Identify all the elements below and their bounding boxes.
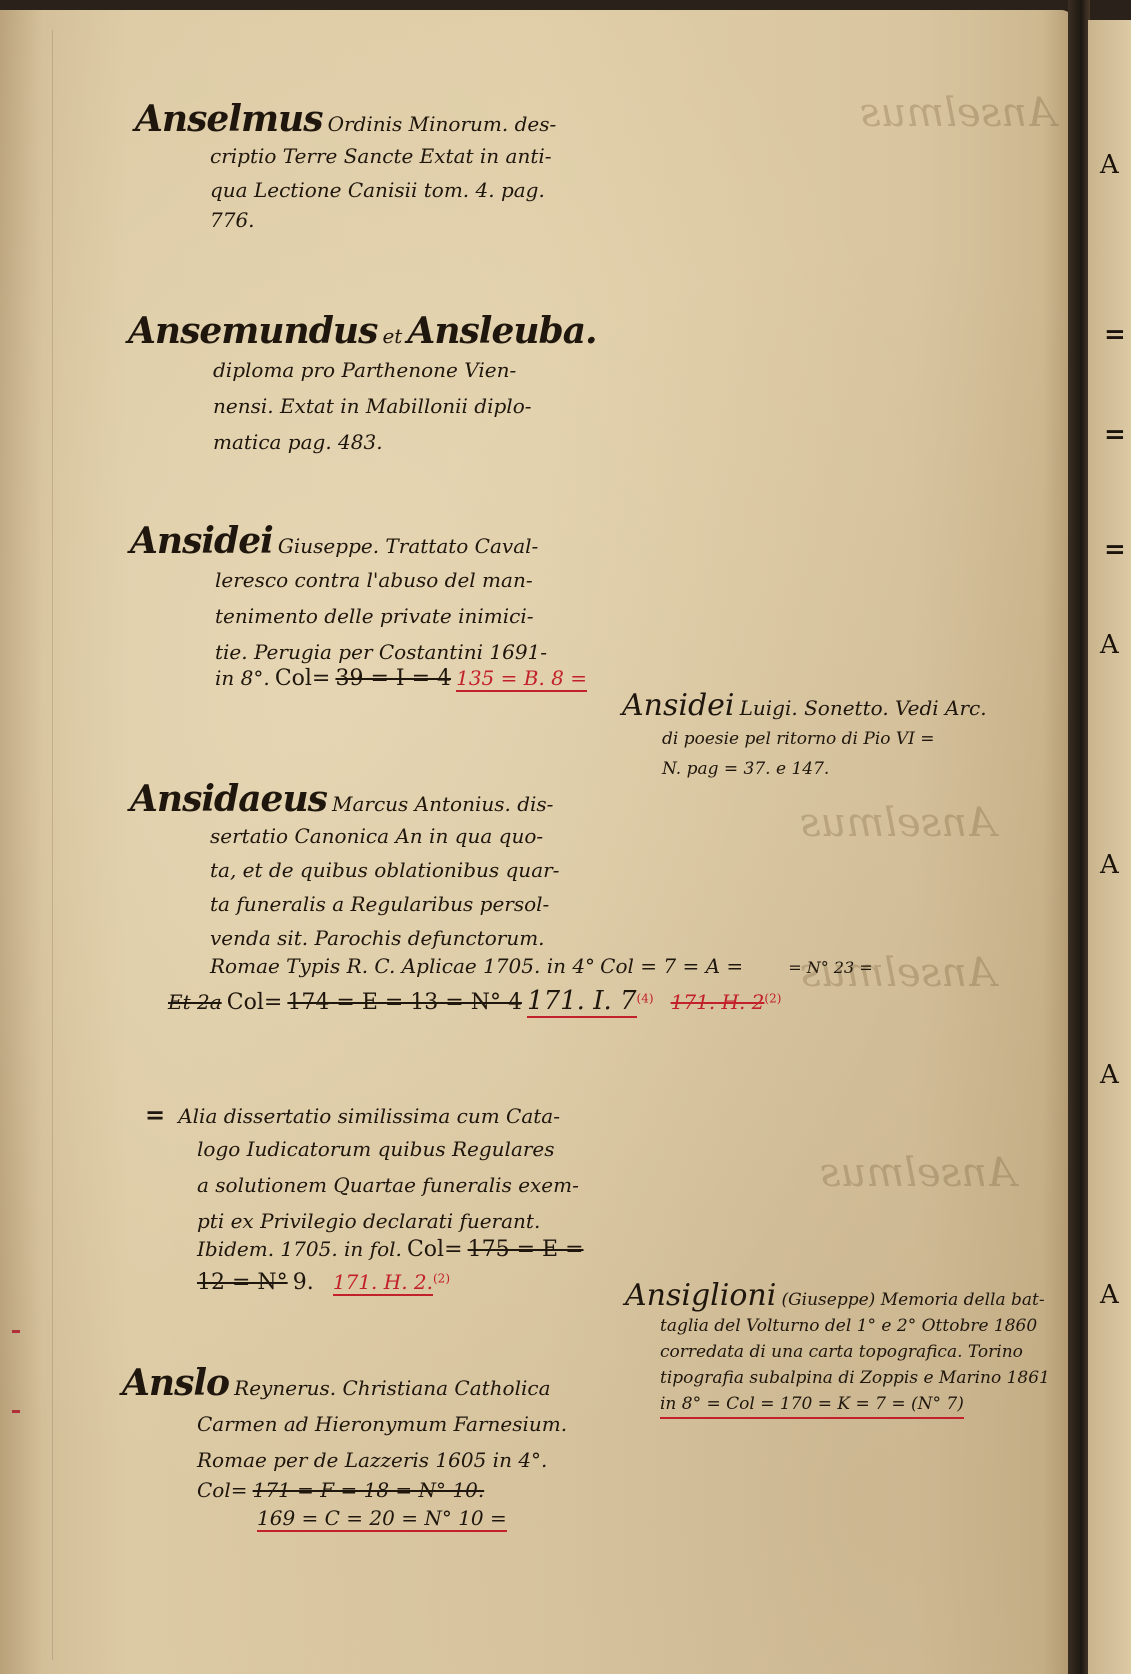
entry-text: Marcus Antonius. dis- xyxy=(332,792,553,816)
margin-rule xyxy=(52,30,53,1660)
entry-heading: Ansidaeus xyxy=(130,778,327,820)
ditto-mark: = xyxy=(145,1100,165,1129)
entry-text: tenimento delle private inimici- xyxy=(215,596,600,636)
entry-text: logo Iudicatorum quibus Regulares xyxy=(197,1129,605,1169)
shelfmark-old: 174 = E = 13 = N° 4 xyxy=(287,990,522,1015)
book-gutter xyxy=(1068,0,1090,1674)
entry-text: diploma pro Parthenone Vien- xyxy=(213,350,598,390)
facing-page-ditto: = xyxy=(1104,420,1126,450)
entry-text: in 8° = Col = 170 = K = 7 = (N° 7) xyxy=(660,1391,964,1419)
shelfmark-new: 171. I. 7 xyxy=(527,986,637,1018)
imprint-ref-number: = N° 23 = xyxy=(788,958,872,977)
footnote-marker: (2) xyxy=(764,992,781,1006)
entry-heading: Ansidei xyxy=(622,688,735,723)
shelfmark: in 8°. Col= 39 = I = 4 135 = B. 8 = xyxy=(215,666,600,691)
imprint: Ibidem. 1705. in fol. xyxy=(197,1237,402,1261)
bleed-through-text: Anselmus xyxy=(820,1150,1016,1196)
entry-text: venda sit. Parochis defunctorum. xyxy=(210,918,850,958)
entry-text: di poesie pel ritorno di Pio VI = xyxy=(662,723,1082,755)
shelfmark-label: Col= xyxy=(275,666,331,691)
entry-heading: Ansemundus xyxy=(128,310,377,352)
entry-ansidei: Ansidei Giuseppe. Trattato Caval- leresc… xyxy=(130,520,600,691)
imprint-line: Romae Typis R. C. Aplicae 1705. in 4° Co… xyxy=(210,954,850,978)
facing-page-edge: A = = = A A A A xyxy=(1088,20,1131,1674)
facing-page-letter: A xyxy=(1100,630,1119,660)
shelfmark-old: 171 = F = 18 = N° 10. xyxy=(253,1478,485,1502)
entry-text: matica pag. 483. xyxy=(213,422,598,462)
facing-page-ditto: = xyxy=(1104,320,1126,350)
shelfmark-new: 169 = C = 20 = N° 10 = xyxy=(257,1506,507,1532)
entry-text: (Giuseppe) Memoria della bat- xyxy=(781,1290,1044,1310)
shelfmark-number: 9. xyxy=(293,1270,314,1295)
footnote-marker: (2) xyxy=(433,1272,450,1286)
entry-anselmus: Anselmus Ordinis Minorum. des- criptio T… xyxy=(135,98,595,240)
manuscript-page: Anselmus Anselmus Anselmus Anselmus Anse… xyxy=(0,10,1075,1674)
shelfmark-old: 12 = N° xyxy=(197,1270,288,1295)
entry-text: Carmen ad Hieronymum Farnesium. xyxy=(197,1404,602,1444)
entry-ansidaeus: Ansidaeus Marcus Antonius. dis- sertatio… xyxy=(130,778,850,1016)
entry-text: a solutionem Quartae funeralis exem- xyxy=(197,1165,605,1205)
red-margin-mark xyxy=(12,1330,20,1333)
entry-text: Ordinis Minorum. des- xyxy=(328,112,557,136)
shelfmark-old: 39 = I = 4 xyxy=(335,666,451,691)
entry-text: Luigi. Sonetto. Vedi Arc. xyxy=(740,696,987,720)
entry-text: tipografia subalpina di Zoppis e Marino … xyxy=(660,1365,1065,1391)
entry-heading: Anslo xyxy=(122,1362,229,1404)
entry-text: leresco contra l'abuso del man- xyxy=(215,560,600,600)
entry-alia-dissertatio: = Alia dissertatio similissima cum Cata-… xyxy=(145,1100,605,1295)
entry-text: corredata di una carta topografica. Tori… xyxy=(660,1339,1065,1365)
entry-text: pti ex Privilegio declarati fuerant. xyxy=(197,1201,605,1241)
shelfmark: Et 2a Col= 174 = E = 13 = N° 4 171. I. 7… xyxy=(168,986,850,1016)
imprint: Romae Typis R. C. Aplicae 1705. in 4° xyxy=(210,954,595,978)
red-margin-mark xyxy=(12,1410,20,1413)
marginal-entry-ansiglioni: Ansiglioni (Giuseppe) Memoria della bat-… xyxy=(625,1278,1065,1419)
shelfmark-red-old: 171. H. 2 xyxy=(671,990,765,1014)
facing-page-letter: A xyxy=(1100,1060,1119,1090)
footnote-marker: (4) xyxy=(637,992,654,1006)
entry-heading: Ansiglioni xyxy=(625,1278,776,1313)
entry-text: Alia dissertatio similissima cum Cata- xyxy=(178,1104,560,1128)
shelfmark: Col= 171 = F = 18 = N° 10. xyxy=(197,1478,602,1502)
edition-note: Et 2a xyxy=(168,990,222,1014)
format-note: in 8°. xyxy=(215,666,270,690)
entry-connector: et xyxy=(382,324,402,348)
shelfmark-label: Col= xyxy=(227,990,283,1015)
shelfmark-old: 175 = E = xyxy=(468,1237,584,1262)
marginal-entry-ansidei-luigi: Ansidei Luigi. Sonetto. Vedi Arc. di poe… xyxy=(622,688,1082,783)
entry-text: Reynerus. Christiana Catholica xyxy=(234,1376,550,1400)
shelfmark-label: Col= xyxy=(197,1478,248,1502)
facing-page-letter: A xyxy=(1100,150,1119,180)
entry-text: nensi. Extat in Mabillonii diplo- xyxy=(213,386,598,426)
shelfmark-red: 171. H. 2. xyxy=(333,1270,433,1296)
entry-heading: Anselmus xyxy=(135,98,323,140)
entry-heading: Ansidei xyxy=(130,520,273,562)
facing-page-letter: A xyxy=(1100,850,1119,880)
shelfmark-red: 135 = B. 8 = xyxy=(456,666,587,692)
entry-heading-second: Ansleuba. xyxy=(407,310,596,352)
shelfmark-label: Col= xyxy=(407,1237,463,1262)
entry-anslo: Anslo Reynerus. Christiana Catholica Car… xyxy=(122,1362,602,1530)
facing-page-ditto: = xyxy=(1104,535,1126,565)
entry-ansemundus: Ansemundus et Ansleuba. diploma pro Part… xyxy=(128,310,598,462)
bleed-through-text: Anselmus xyxy=(860,90,1056,136)
shelfmark-continued: 12 = N° 9. 171. H. 2.(2) xyxy=(197,1270,605,1295)
entry-text: Romae per de Lazzeris 1605 in 4°. xyxy=(197,1440,602,1480)
shelfmark: Ibidem. 1705. in fol. Col= 175 = E = xyxy=(197,1237,605,1262)
entry-text: qua Lectione Canisii tom. 4. pag. xyxy=(210,170,595,210)
entry-text: Giuseppe. Trattato Caval- xyxy=(278,534,538,558)
shelfmark-new-line: 169 = C = 20 = N° 10 = xyxy=(257,1506,602,1530)
imprint-ref: Col = 7 = A = xyxy=(600,954,743,978)
entry-text: taglia del Volturno del 1° e 2° Ottobre … xyxy=(660,1313,1065,1339)
facing-page-letter: A xyxy=(1100,1280,1119,1310)
